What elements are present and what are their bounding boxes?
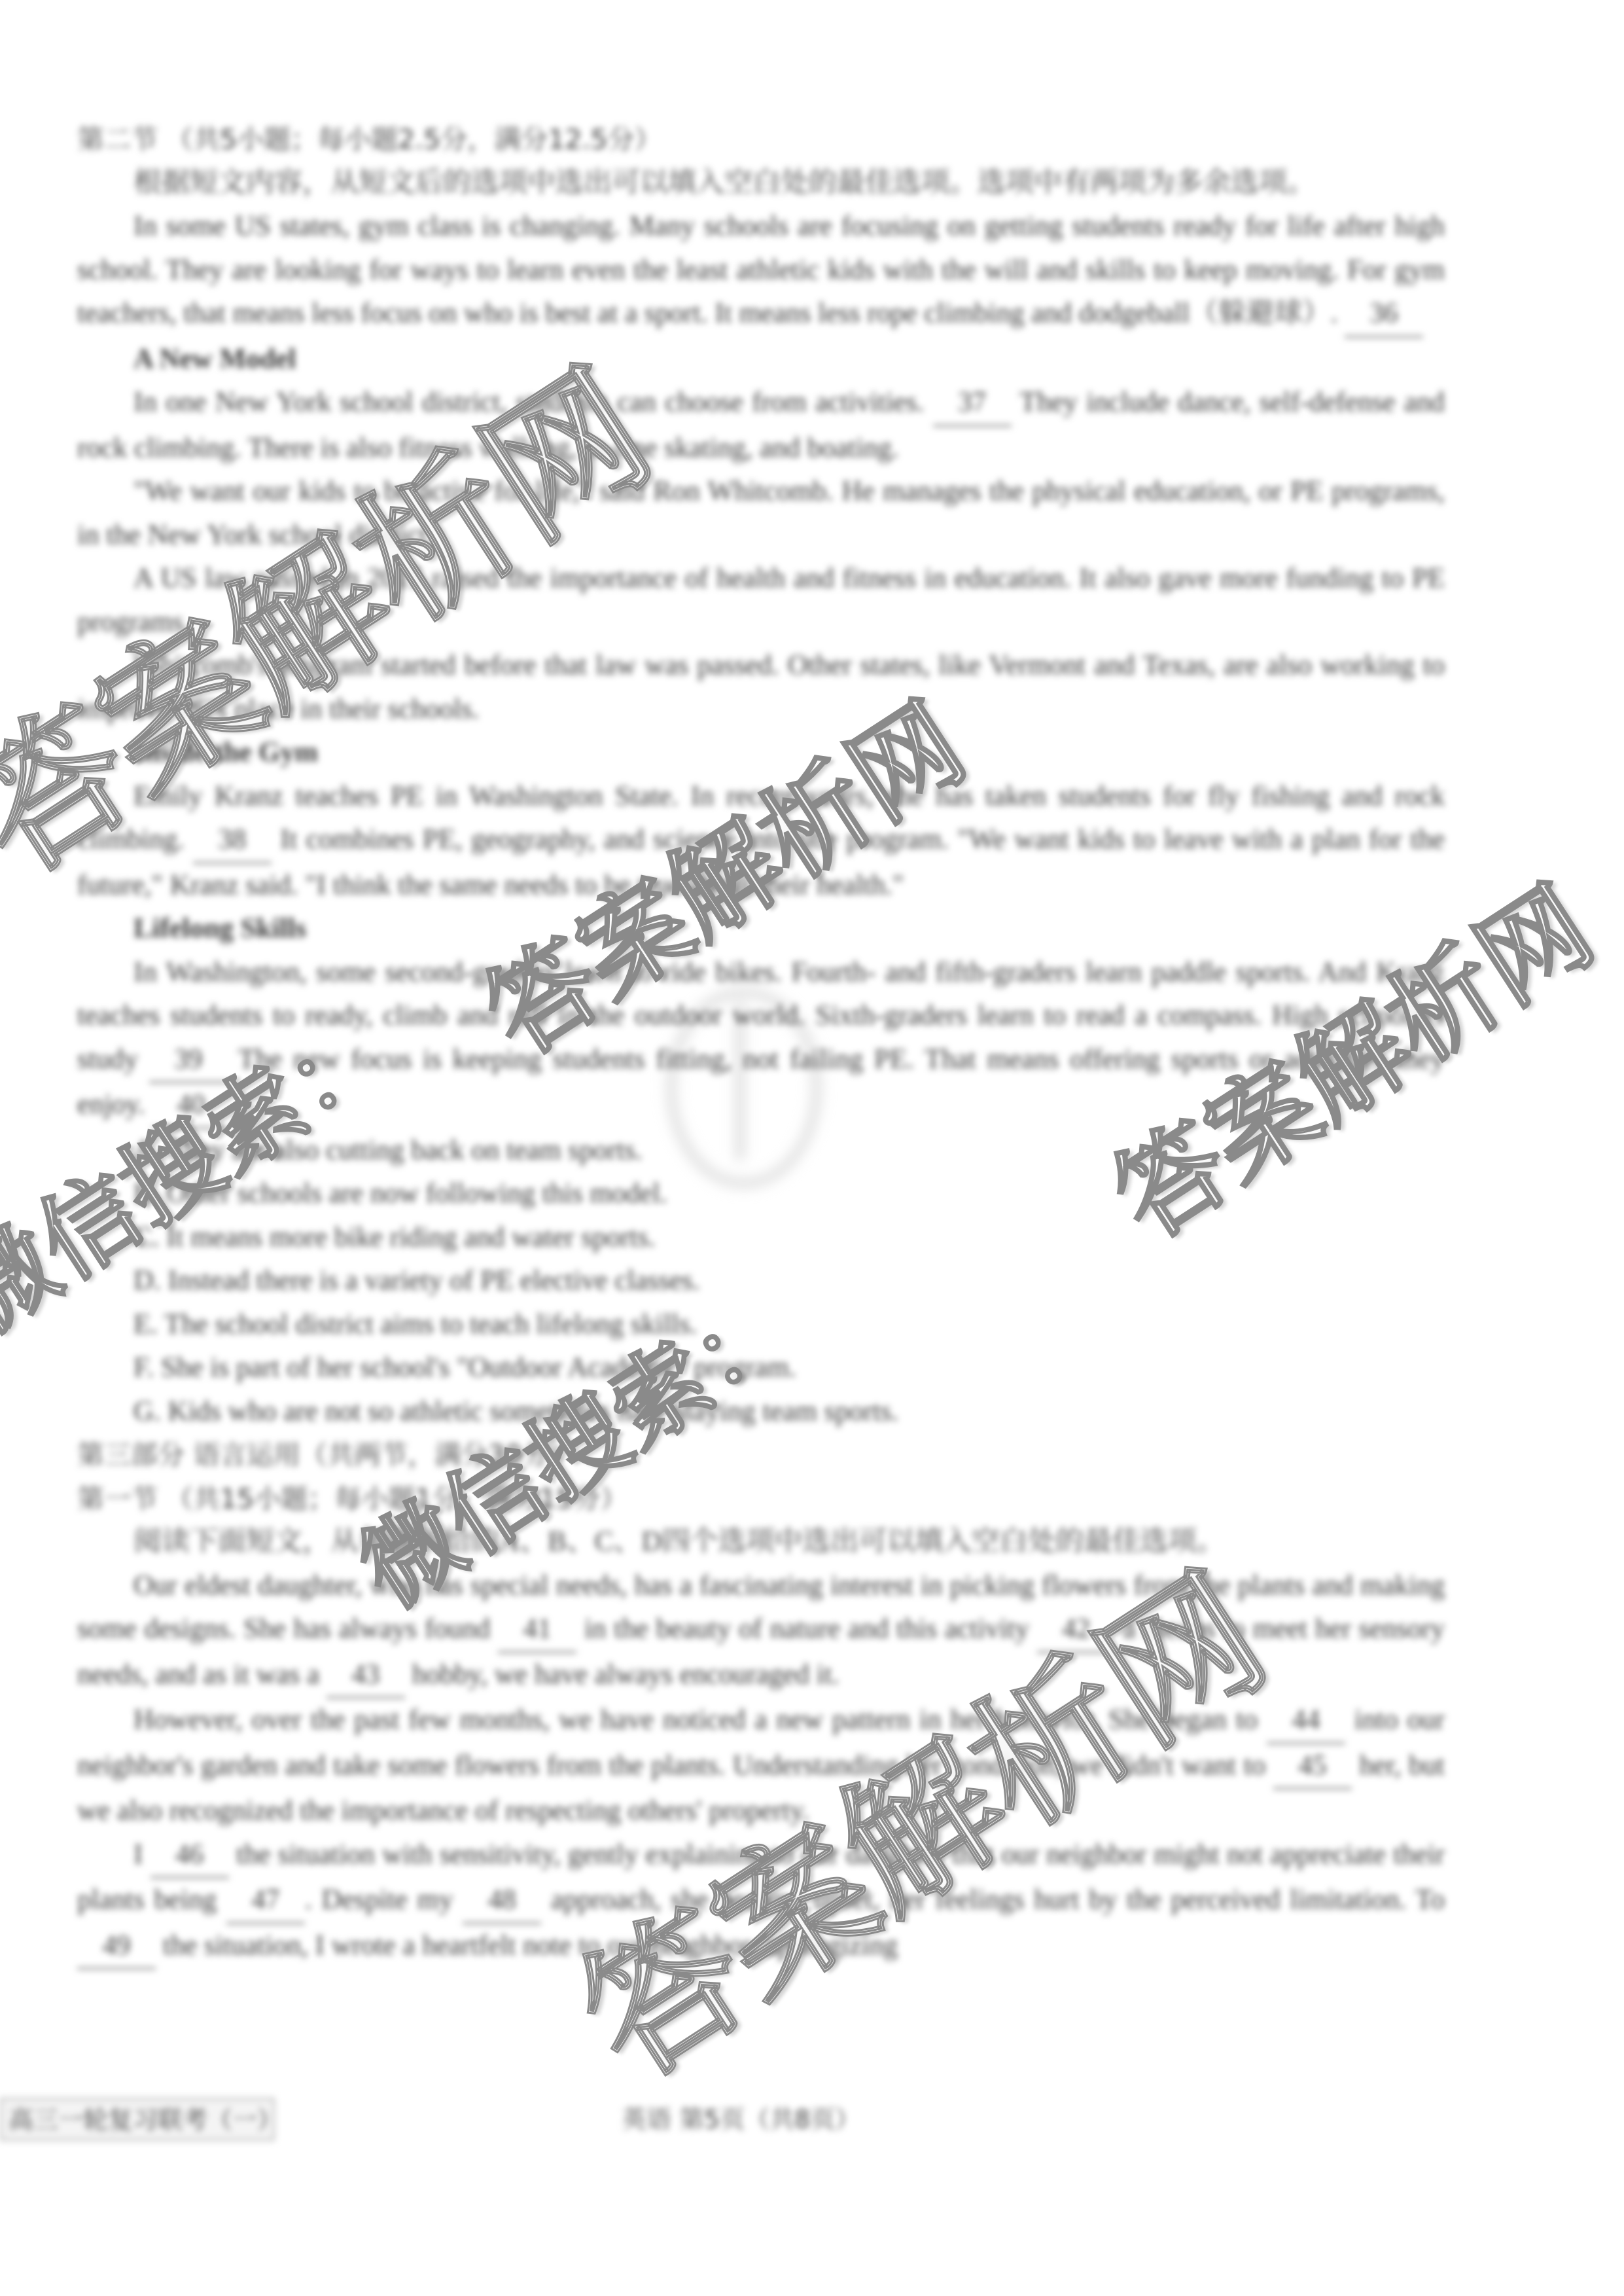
subheading-new-model: A New Model [77, 338, 1445, 382]
paragraph-text: The new focus is keeping students fittin… [77, 1044, 1445, 1121]
blank-41: 41 [498, 1607, 576, 1653]
passage-paragraph: Emily Kranz teaches PE in Washington Sta… [77, 775, 1445, 908]
cloze-paragraph: Our eldest daughter, who has special nee… [77, 1564, 1445, 1699]
blank-49: 49 [77, 1924, 156, 1970]
paragraph-text: It combines PE, geography, and science i… [77, 824, 1445, 901]
section-instruction: 阅读下面短文，从每题所给的A、B、C、D四个选项中选出可以填入空白处的最佳选项。 [77, 1520, 1445, 1564]
paragraph-text: In some US states, gym class is changing… [77, 211, 1445, 329]
part-heading: 第三部分 语言运用（共两节，满分30分） [77, 1433, 1445, 1477]
blank-40: 40 [152, 1083, 230, 1129]
blank-43: 43 [327, 1653, 405, 1699]
option-e: E. The school district aims to teach lif… [77, 1303, 1445, 1347]
option-c: C. It means more bike riding and water s… [77, 1216, 1445, 1260]
blank-37: 37 [933, 381, 1012, 427]
blank-39: 39 [149, 1038, 228, 1084]
subheading-inside-gym: Inside the Gym [77, 731, 1445, 775]
paragraph-text: I [133, 1839, 143, 1870]
page-content: 第二节 （共5小题；每小题2.5分，满分12.5分） 根据短文内容，从短文后的选… [77, 118, 1445, 1969]
page-footer: 高三一轮复习联考（一） 英语 第5页（共8页） [0, 2098, 1624, 2144]
paragraph-text: hobby, we have always encouraged it. [412, 1659, 839, 1690]
paragraph-text: . Despite my [305, 1884, 453, 1915]
passage-paragraph: In one New York school district, student… [77, 381, 1445, 470]
blank-45: 45 [1273, 1744, 1352, 1790]
paragraph-text: In one New York school district, student… [133, 387, 924, 418]
passage-paragraph: "We want our kids to be active for life,… [77, 470, 1445, 557]
option-b: B. Other schools are now following this … [77, 1172, 1445, 1216]
cloze-paragraph: I 46 the situation with sensitivity, gen… [77, 1833, 1445, 1970]
cloze-paragraph: However, over the past few months, we ha… [77, 1698, 1445, 1833]
exam-page: 第二节 （共5小题；每小题2.5分，满分12.5分） 根据短文内容，从短文后的选… [0, 0, 1624, 2296]
paragraph-text: in the beauty of nature and this activit… [584, 1613, 1029, 1644]
section-heading: 第一节 （共15小题；每小题1分，满分15分） [77, 1477, 1445, 1521]
passage-paragraph: In some US states, gym class is changing… [77, 205, 1445, 338]
section-instruction: 根据短文内容，从短文后的选项中选出可以填入空白处的最佳选项。选项中有两项为多余选… [77, 162, 1445, 206]
options-list: A. They are also cutting back on team sp… [77, 1129, 1445, 1434]
passage-paragraph: Whitcomb's program started before that l… [77, 644, 1445, 731]
exam-title-box: 高三一轮复习联考（一） [0, 2098, 275, 2141]
blank-47: 47 [226, 1878, 305, 1924]
section-heading: 第二节 （共5小题；每小题2.5分，满分12.5分） [77, 118, 1445, 162]
option-a: A. They are also cutting back on team sp… [77, 1129, 1445, 1173]
option-f: F. She is part of her school's "Outdoor … [77, 1346, 1445, 1390]
paragraph-text: the situation, I wrote a heartfelt note … [163, 1930, 898, 1961]
paragraph-text: approach, she became upset, her feelings… [551, 1884, 1445, 1915]
paragraph-text: However, over the past few months, we ha… [133, 1704, 1258, 1735]
subheading-lifelong-skills: Lifelong Skills [77, 907, 1445, 951]
blank-38: 38 [193, 818, 272, 864]
passage-paragraph: In Washington, some second-graders learn… [77, 951, 1445, 1129]
blank-48: 48 [463, 1878, 541, 1924]
blank-42: 42 [1037, 1607, 1116, 1653]
blank-44: 44 [1267, 1698, 1345, 1744]
blank-36: 36 [1345, 292, 1423, 338]
page-number: 英语 第5页（共8页） [622, 2098, 860, 2141]
blank-46: 46 [150, 1833, 229, 1879]
passage-paragraph: A US law passed in 2015 raised the impor… [77, 557, 1445, 644]
option-d: D. Instead there is a variety of PE elec… [77, 1259, 1445, 1303]
option-g: G. Kids who are not so athletic sometime… [77, 1390, 1445, 1434]
